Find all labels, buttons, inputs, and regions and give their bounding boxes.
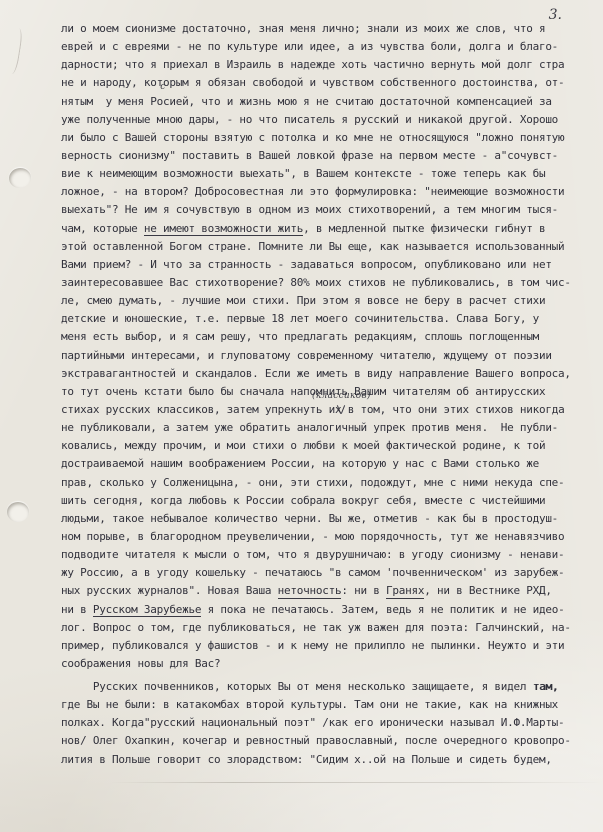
typed-text: нятым у меня Ро (61, 95, 163, 108)
fold-mark (5, 27, 23, 74)
text-line: ном порыве, в благородном преувеличении,… (61, 528, 571, 546)
typed-text: людьми, такое небывалое количество черни… (61, 512, 558, 525)
text-line: выехать"? Не им я сочувствую в одном из … (61, 201, 571, 219)
underlined-text: Русском Зарубежье (93, 603, 201, 618)
typed-text: меня есть выбор, и я сам решу, что предл… (61, 330, 539, 343)
text-line: не публиковали, а затем уже обратить ана… (61, 419, 571, 437)
typed-text: лог. Вопрос о том, где публиковаться, не… (61, 621, 571, 634)
underlined-text: неточность (278, 584, 342, 599)
typed-text: выехать"? Не им я сочувствую в одном из … (61, 203, 558, 216)
text-line: ных русских журналов". Новая Ваша неточн… (61, 582, 571, 600)
typed-text: ни в (61, 603, 93, 616)
text-line: ложное, - на втором? Добросовестная ли э… (61, 183, 571, 201)
typed-text: полках. Когда"русский национальный поэт"… (61, 716, 564, 729)
text-line: уже полученные мною дары, - но что писат… (61, 111, 571, 129)
underlined-text: Гранях (386, 584, 424, 599)
text-line: пример, публиковался у фашистов - и к не… (61, 637, 571, 655)
typed-text: партийными интересами, и глуповатому сов… (61, 349, 552, 362)
typed-text: вие к неимеющим возможности выехать", в … (61, 167, 545, 180)
typed-text: ли о моем сионизме достаточно, зная меня… (61, 22, 545, 35)
typed-text: то тут очень кстати было бы сначала напо… (61, 385, 545, 398)
text-line: детские и юношеские, т.е. первые 18 лет … (61, 310, 571, 328)
text-line: ле, смею думать, - лучшие мои стихи. При… (61, 292, 571, 310)
typed-text: уже полученные мною дары, - но что писат… (61, 113, 558, 126)
typed-text: не публиковали, а затем уже обратить ана… (61, 421, 558, 434)
typed-text: подводите читателя к мысли о том, что я … (61, 548, 564, 561)
text-line: достраиваемой нашим воображением России,… (61, 455, 571, 473)
text-line: ни в Русском Зарубежье я пока не печатаю… (61, 601, 571, 619)
text-line: полках. Когда"русский национальный поэт"… (61, 714, 571, 732)
text-line: прав, сколько у Солженицына, - они, эти … (61, 474, 571, 492)
text-line: дарности; что я приехал в Израиль в наде… (61, 56, 571, 74)
text-line: стихах русских классиков, затем упрекнут… (61, 401, 571, 419)
caret-mark (337, 405, 346, 414)
text-line: экстравагантностей и скандалов. Если же … (61, 365, 571, 383)
letter-body-text: ли о моем сионизме достаточно, зная меня… (61, 20, 571, 769)
underlined-text: не имеют возможности жить (144, 222, 303, 237)
crease-line (110, 782, 603, 783)
text-line: меня есть выбор, и я сам решу, что предл… (61, 328, 571, 346)
typed-text: детские и юношеские, т.е. первые 18 лет … (61, 312, 539, 325)
typed-text: ковались, между прочим, и мои стихи о лю… (61, 439, 545, 452)
typed-text: стихах русских классиков, затем упрекнут… (61, 403, 341, 416)
paragraph: ли о моем сионизме достаточно, зная меня… (61, 20, 571, 673)
text-line: ли о моем сионизме достаточно, зная меня… (61, 20, 571, 38)
text-line: верность сионизму" поставить в Вашей лов… (61, 147, 571, 165)
text-line: где Вы не были: в катакомбах второй куль… (61, 696, 571, 714)
text-line: ковались, между прочим, и мои стихи о лю… (61, 437, 571, 455)
text-line: лития в Польше говорит со злорадством: "… (61, 751, 571, 769)
typed-text: жу Россию, а в угоду кошельку - печатаюс… (61, 566, 564, 579)
typed-text: лития в Польше говорит со злорадством: "… (61, 753, 552, 766)
typed-text: Вами прием? - И что за странность - зада… (61, 258, 552, 271)
text-line: жу Россию, а в угоду кошельку - печатаюс… (61, 564, 571, 582)
typed-text: : ни в (341, 584, 386, 597)
typed-text: прав, сколько у Солженицына, - они, эти … (61, 476, 564, 489)
typed-text: где Вы не были: в катакомбах второй куль… (61, 698, 558, 711)
typed-text: ных русских журналов". Новая Ваша (61, 584, 278, 597)
typed-text: я пока не печатаюсь. Затем, ведь я не по… (201, 603, 564, 616)
text-line: еврей и с евреями - не по культуре или и… (61, 38, 571, 56)
typed-text: верность сионизму" поставить в Вашей лов… (61, 149, 558, 162)
text-line: Русских почвенников, которых Вы от меня … (61, 678, 571, 696)
scanned-letter-page: 3. ли о моем сионизме достаточно, зная м… (0, 0, 603, 832)
text-line: не и народу, которым я обязан свободой и… (61, 74, 571, 92)
text-line: нов/ Олег Охапкин, кочегар и ревностный … (61, 732, 571, 750)
text-line: вие к неимеющим возможности выехать", в … (61, 165, 571, 183)
typed-text: дарности; что я приехал в Израиль в наде… (61, 58, 564, 71)
handwritten-text: (классиков) (312, 387, 371, 405)
typed-text: не и народу, которым я обязан свободой и… (61, 76, 564, 89)
typed-text: пример, публиковался у фашистов - и к не… (61, 639, 564, 652)
typed-text: достраиваемой нашим воображением России,… (61, 457, 539, 470)
typed-text: ном порыве, в благородном преувеличении,… (61, 530, 564, 543)
text-line: партийными интересами, и глуповатому сов… (61, 347, 571, 365)
typed-text: ле, смею думать, - лучшие мои стихи. При… (61, 294, 545, 307)
text-line: шить сегодня, когда любовь к России собр… (61, 492, 571, 510)
text-line: нятым у меня Россией, что и жизнь мою я … (61, 93, 571, 111)
handwritten-text: с (160, 78, 165, 96)
text-line: людьми, такое небывалое количество черни… (61, 510, 571, 528)
typed-text: , в медленной пытке физически гибнут в (303, 222, 545, 235)
text-line: этой оставленной Богом стране. Помните л… (61, 238, 571, 256)
typed-text: сией, что и жизнь мою я не считаю достат… (163, 95, 552, 108)
typed-text: этой оставленной Богом стране. Помните л… (61, 240, 564, 253)
emphasized-text: там, (533, 680, 559, 693)
text-line: ли было с Вашей стороны взятую с потолка… (61, 129, 571, 147)
text-line: подводите читателя к мысли о том, что я … (61, 546, 571, 564)
text-line: Вами прием? - И что за странность - зада… (61, 256, 571, 274)
text-line: чам, которые не имеют возможности жить, … (61, 220, 571, 238)
typed-text: заинтересовавшее Вас стихотворение? 80% … (61, 276, 571, 289)
typed-text: в том, что они этих стихов никогда (341, 403, 564, 416)
paragraph: Русских почвенников, которых Вы от меня … (61, 678, 571, 769)
typed-text: экстравагантностей и скандалов. Если же … (61, 367, 571, 380)
text-line: лог. Вопрос о том, где публиковаться, не… (61, 619, 571, 637)
typed-text: еврей и с евреями - не по культуре или и… (61, 40, 558, 53)
typed-text: , ни в Вестнике РХД, (424, 584, 551, 597)
typed-text: шить сегодня, когда любовь к России собр… (61, 494, 545, 507)
text-line: заинтересовавшее Вас стихотворение? 80% … (61, 274, 571, 292)
typed-text: нов/ Олег Охапкин, кочегар и ревностный … (61, 734, 571, 747)
typed-text: ложное, - на втором? Добросовестная ли э… (61, 185, 564, 198)
typed-text: Русских почвенников, которых Вы от меня … (61, 680, 533, 693)
punch-hole-bottom (7, 502, 29, 522)
text-line: соображения новы для Вас? (61, 655, 571, 673)
typed-text: чам, которые (61, 222, 144, 235)
punch-hole-top (8, 167, 33, 190)
typed-text: ли было с Вашей стороны взятую с потолка… (61, 131, 564, 144)
typed-text: соображения новы для Вас? (61, 657, 220, 670)
